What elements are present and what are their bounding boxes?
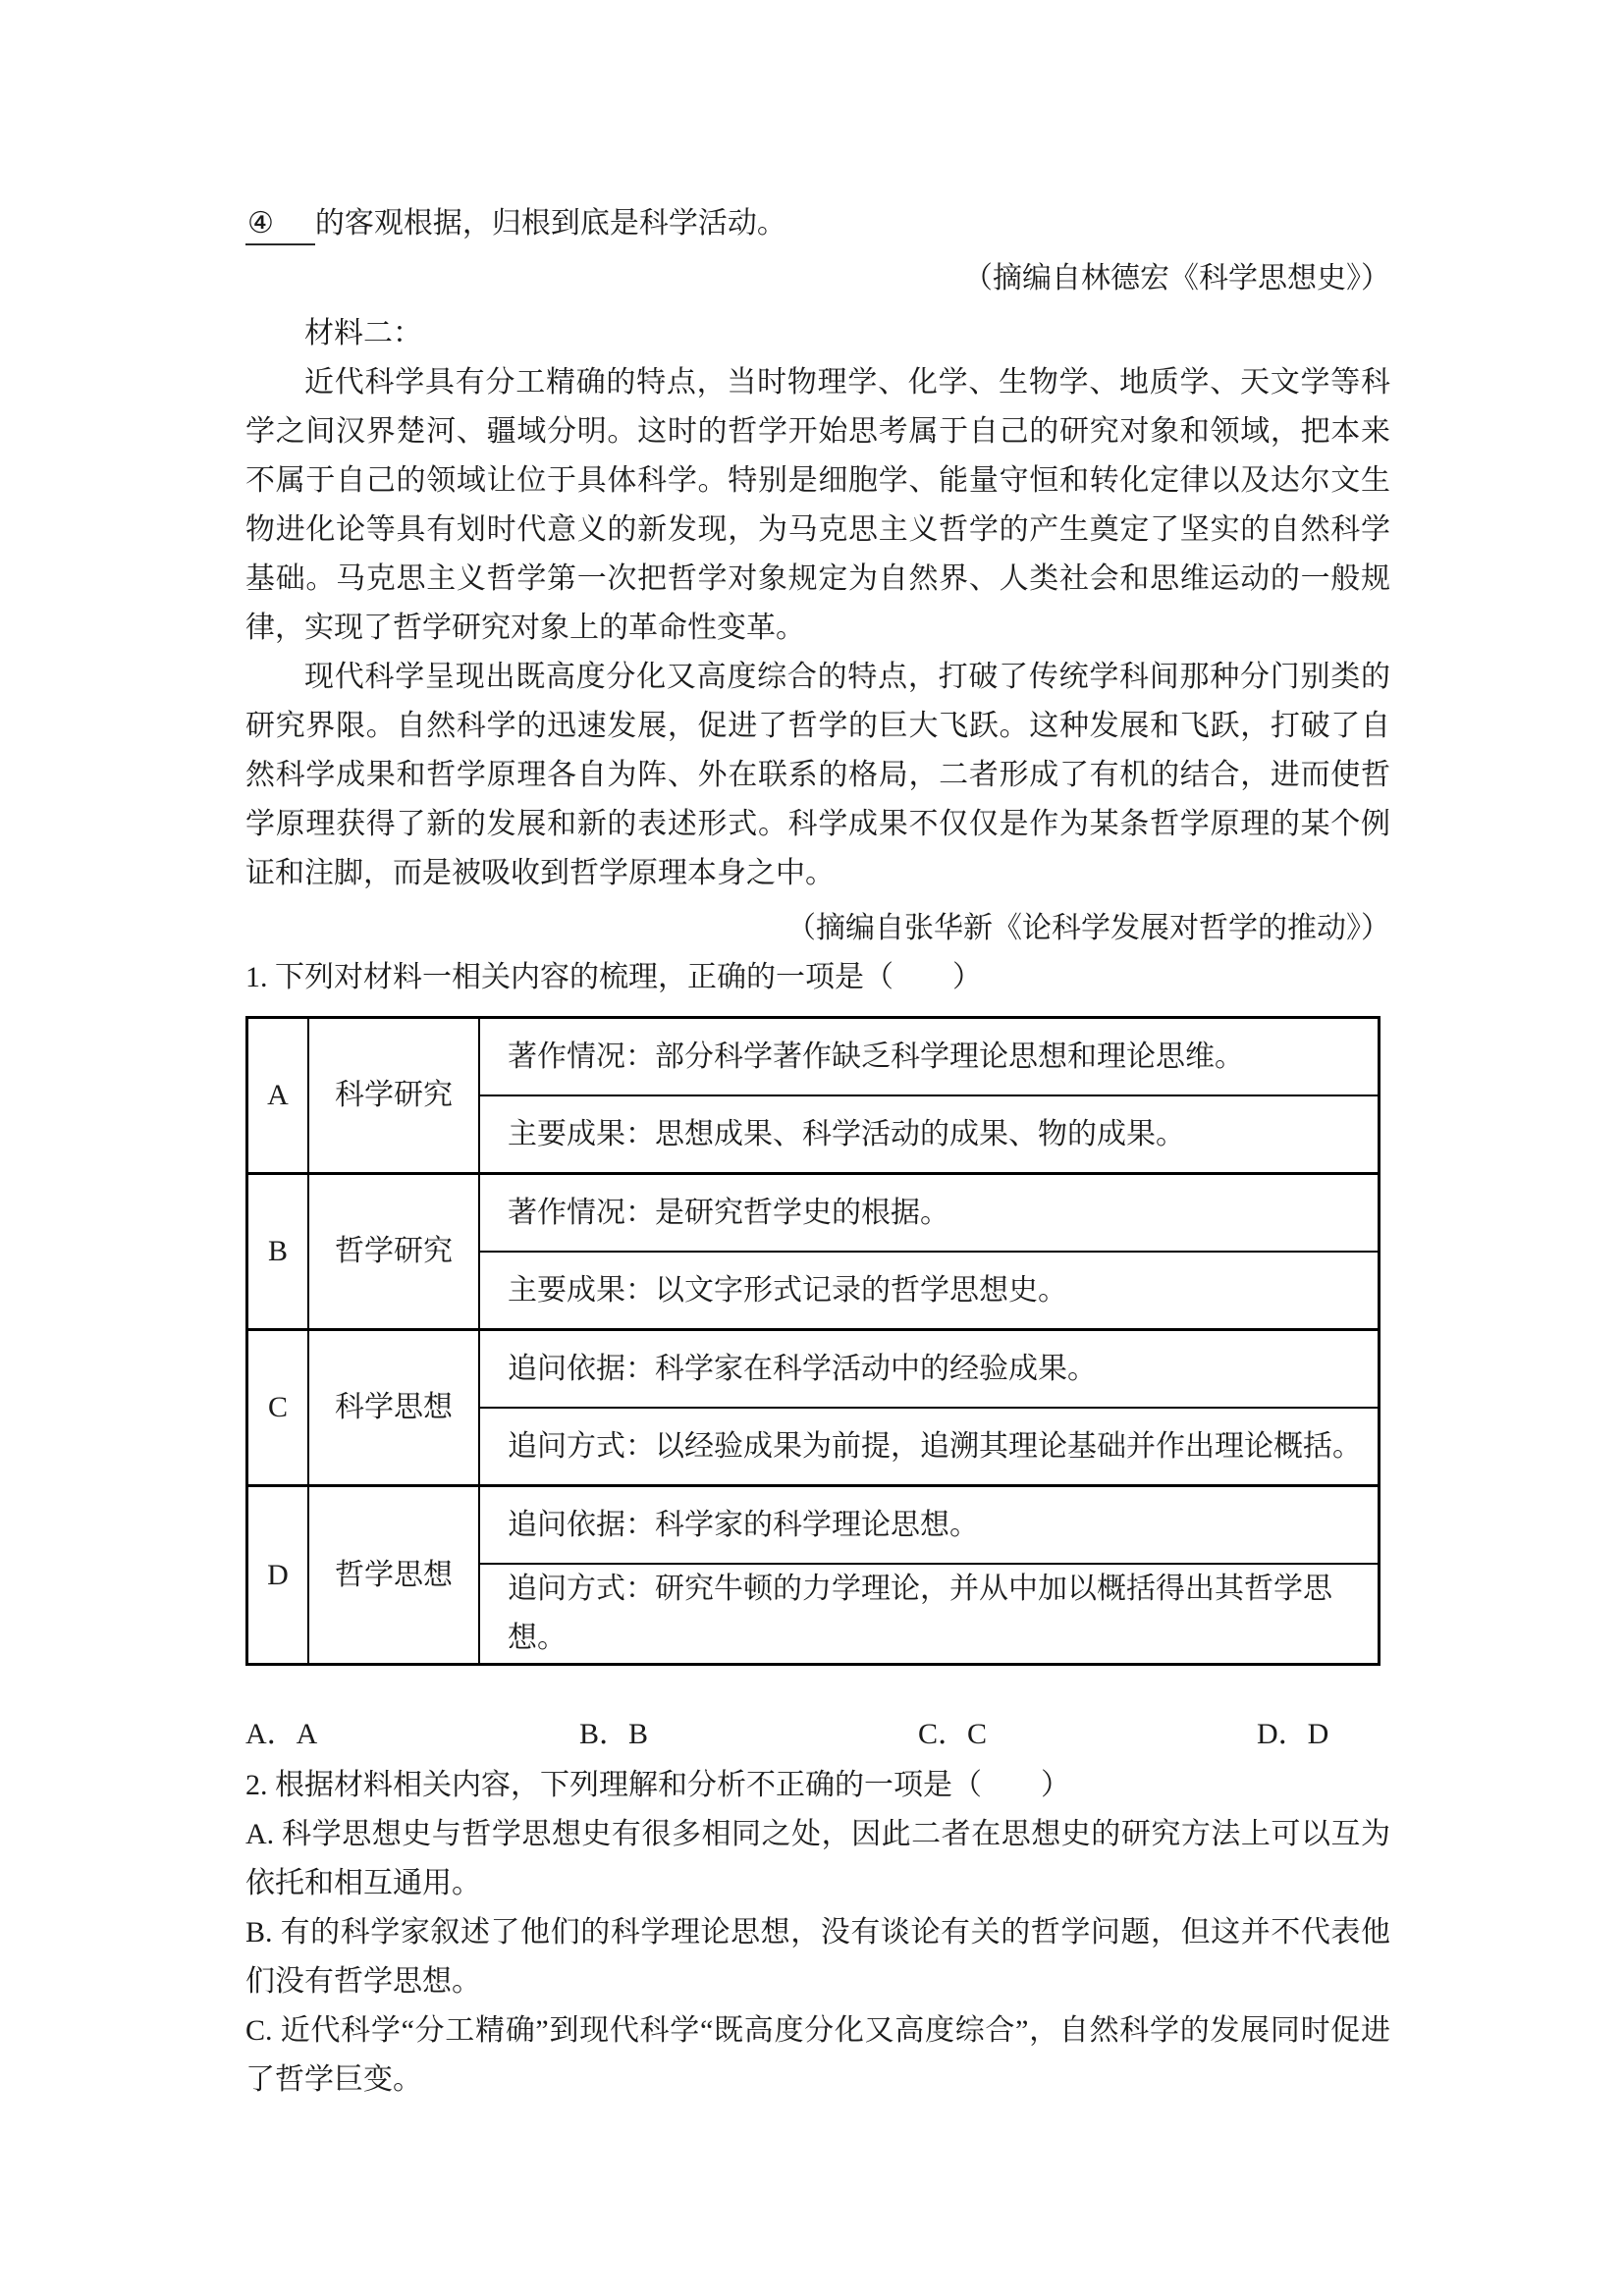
question2-option-b: B. 有的科学家叙述了他们的科学理论思想，没有谈论有关的哲学问题，但这并不代表他… bbox=[245, 1908, 1390, 2006]
question1-stem: 1. 下列对材料一相关内容的梳理，正确的一项是（ ） bbox=[245, 953, 1390, 1002]
description-cell: 著作情况：部分科学著作缺乏科学理论思想和理论思维。 bbox=[479, 1018, 1380, 1096]
exam-paper-page: ④的客观根据，归根到底是科学活动。 （摘编自林德宏《科学思想史》） 材料二： 近… bbox=[0, 0, 1624, 2296]
choice-c: C．C bbox=[918, 1710, 1257, 1759]
question1-options-table: A 科学研究 著作情况：部分科学著作缺乏科学理论思想和理论思维。 主要成果：思想… bbox=[245, 1016, 1380, 1666]
description-cell: 追问依据：科学家在科学活动中的经验成果。 bbox=[479, 1330, 1380, 1409]
table-row-b: B 哲学研究 著作情况：是研究哲学史的根据。 bbox=[247, 1174, 1380, 1253]
description-cell: 主要成果：以文字形式记录的哲学思想史。 bbox=[479, 1252, 1380, 1330]
material1-source-attribution: （摘编自林德宏《科学思想史》） bbox=[245, 254, 1390, 303]
table-row-d: D 哲学思想 追问依据：科学家的科学理论思想。 bbox=[247, 1486, 1380, 1565]
option-letter-cell: B bbox=[247, 1174, 309, 1330]
material2-paragraph-1: 近代科学具有分工精确的特点，当时物理学、化学、生物学、地质学、天文学等科学之间汉… bbox=[245, 358, 1390, 653]
option-letter-cell: C bbox=[247, 1330, 309, 1486]
option-letter-cell: A bbox=[247, 1018, 309, 1174]
question1-answer-choices: A．A B．B C．C D．D bbox=[245, 1710, 1390, 1759]
table-row-c: C 科学思想 追问依据：科学家在科学活动中的经验成果。 bbox=[247, 1330, 1380, 1409]
page-content: ④的客观根据，归根到底是科学活动。 （摘编自林德宏《科学思想史》） 材料二： 近… bbox=[245, 199, 1390, 2105]
material2-paragraph-2: 现代科学呈现出既高度分化又高度综合的特点，打破了传统学科间那种分门别类的研究界限… bbox=[245, 653, 1390, 898]
numbered-blank: ④ bbox=[245, 204, 315, 245]
description-cell: 追问方式：研究牛顿的力学理论，并从中加以概括得出其哲学思想。 bbox=[479, 1564, 1380, 1665]
option-letter-cell: D bbox=[247, 1486, 309, 1665]
top-fragment-line: ④的客观根据，归根到底是科学活动。 bbox=[245, 199, 1390, 248]
description-cell: 追问方式：以经验成果为前提，追溯其理论基础并作出理论概括。 bbox=[479, 1408, 1380, 1486]
question2-stem: 2. 根据材料相关内容，下列理解和分析不正确的一项是（ ） bbox=[245, 1761, 1390, 1810]
description-cell: 主要成果：思想成果、科学活动的成果、物的成果。 bbox=[479, 1095, 1380, 1174]
material2-heading: 材料二： bbox=[245, 309, 1390, 358]
table-row-a: A 科学研究 著作情况：部分科学著作缺乏科学理论思想和理论思维。 bbox=[247, 1018, 1380, 1096]
category-cell: 哲学思想 bbox=[308, 1486, 479, 1665]
choice-a: A．A bbox=[245, 1710, 579, 1759]
category-cell: 科学研究 bbox=[308, 1018, 479, 1174]
question2-option-a: A. 科学思想史与哲学思想史有很多相同之处，因此二者在思想史的研究方法上可以互为… bbox=[245, 1810, 1390, 1908]
category-cell: 哲学研究 bbox=[308, 1174, 479, 1330]
material2-source-attribution: （摘编自张华新《论科学发展对哲学的推动》） bbox=[245, 904, 1390, 953]
description-cell: 追问依据：科学家的科学理论思想。 bbox=[479, 1486, 1380, 1565]
category-cell: 科学思想 bbox=[308, 1330, 479, 1486]
choice-d: D．D bbox=[1257, 1710, 1390, 1759]
top-fragment-text: 的客观根据，归根到底是科学活动。 bbox=[315, 207, 786, 240]
choice-b: B．B bbox=[579, 1710, 918, 1759]
description-cell: 著作情况：是研究哲学史的根据。 bbox=[479, 1174, 1380, 1253]
question2-option-c: C. 近代科学“分工精确”到现代科学“既高度分化又高度综合”，自然科学的发展同时… bbox=[245, 2006, 1390, 2105]
